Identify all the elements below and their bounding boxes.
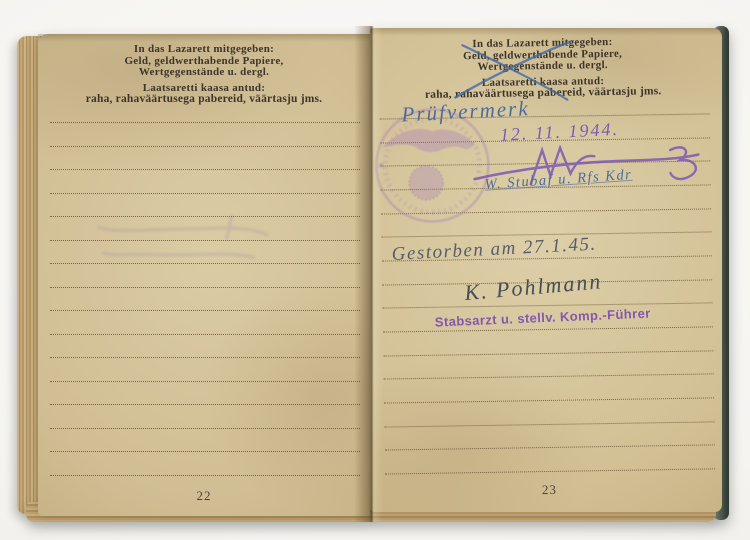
soldbuch-open-book: In das Lazarett mitgegeben: Geld, geldwe… [14, 22, 736, 524]
ruled-line [50, 287, 360, 288]
header-line: Wertgegenstände u. dergl. [38, 67, 370, 79]
ruled-line [384, 374, 714, 380]
ruled-line [50, 451, 360, 452]
header-line: raha, rahaväärtusega pabereid, väärtasju… [38, 94, 370, 106]
ruled-line [50, 404, 360, 405]
ruled-line [384, 397, 714, 403]
page-number: 22 [38, 488, 370, 504]
right-page-content: In das Lazarett mitgegeben: Geld, geldwe… [366, 25, 726, 514]
ruled-line [50, 357, 360, 358]
ruled-line [385, 445, 715, 451]
ruled-line [50, 169, 360, 170]
ruled-line [50, 428, 360, 429]
left-page: In das Lazarett mitgegeben: Geld, geldwe… [38, 34, 370, 516]
ruled-line [50, 146, 360, 147]
right-page: In das Lazarett mitgegeben: Geld, geldwe… [370, 28, 722, 512]
ruled-line [383, 326, 713, 332]
ruled-line [50, 475, 360, 476]
ruled-line [383, 303, 713, 309]
ruled-line [383, 350, 713, 356]
photo-backdrop: In das Lazarett mitgegeben: Geld, geldwe… [0, 0, 750, 540]
ruled-line [50, 381, 360, 382]
ruled-line [50, 193, 360, 194]
ruled-line [50, 122, 360, 123]
ruled-line [385, 468, 715, 474]
ruled-line [384, 421, 714, 427]
ruled-lines [50, 122, 360, 476]
page-fold-shadow [38, 34, 370, 42]
page-number: 23 [373, 479, 725, 501]
ruled-line [50, 310, 360, 311]
ink-bleedthrough-marks [91, 204, 274, 283]
lazarett-header-left: In das Lazarett mitgegeben: Geld, geldwe… [38, 44, 370, 106]
header-line: In das Lazarett mitgegeben: [38, 44, 370, 56]
ruled-line [50, 334, 360, 335]
